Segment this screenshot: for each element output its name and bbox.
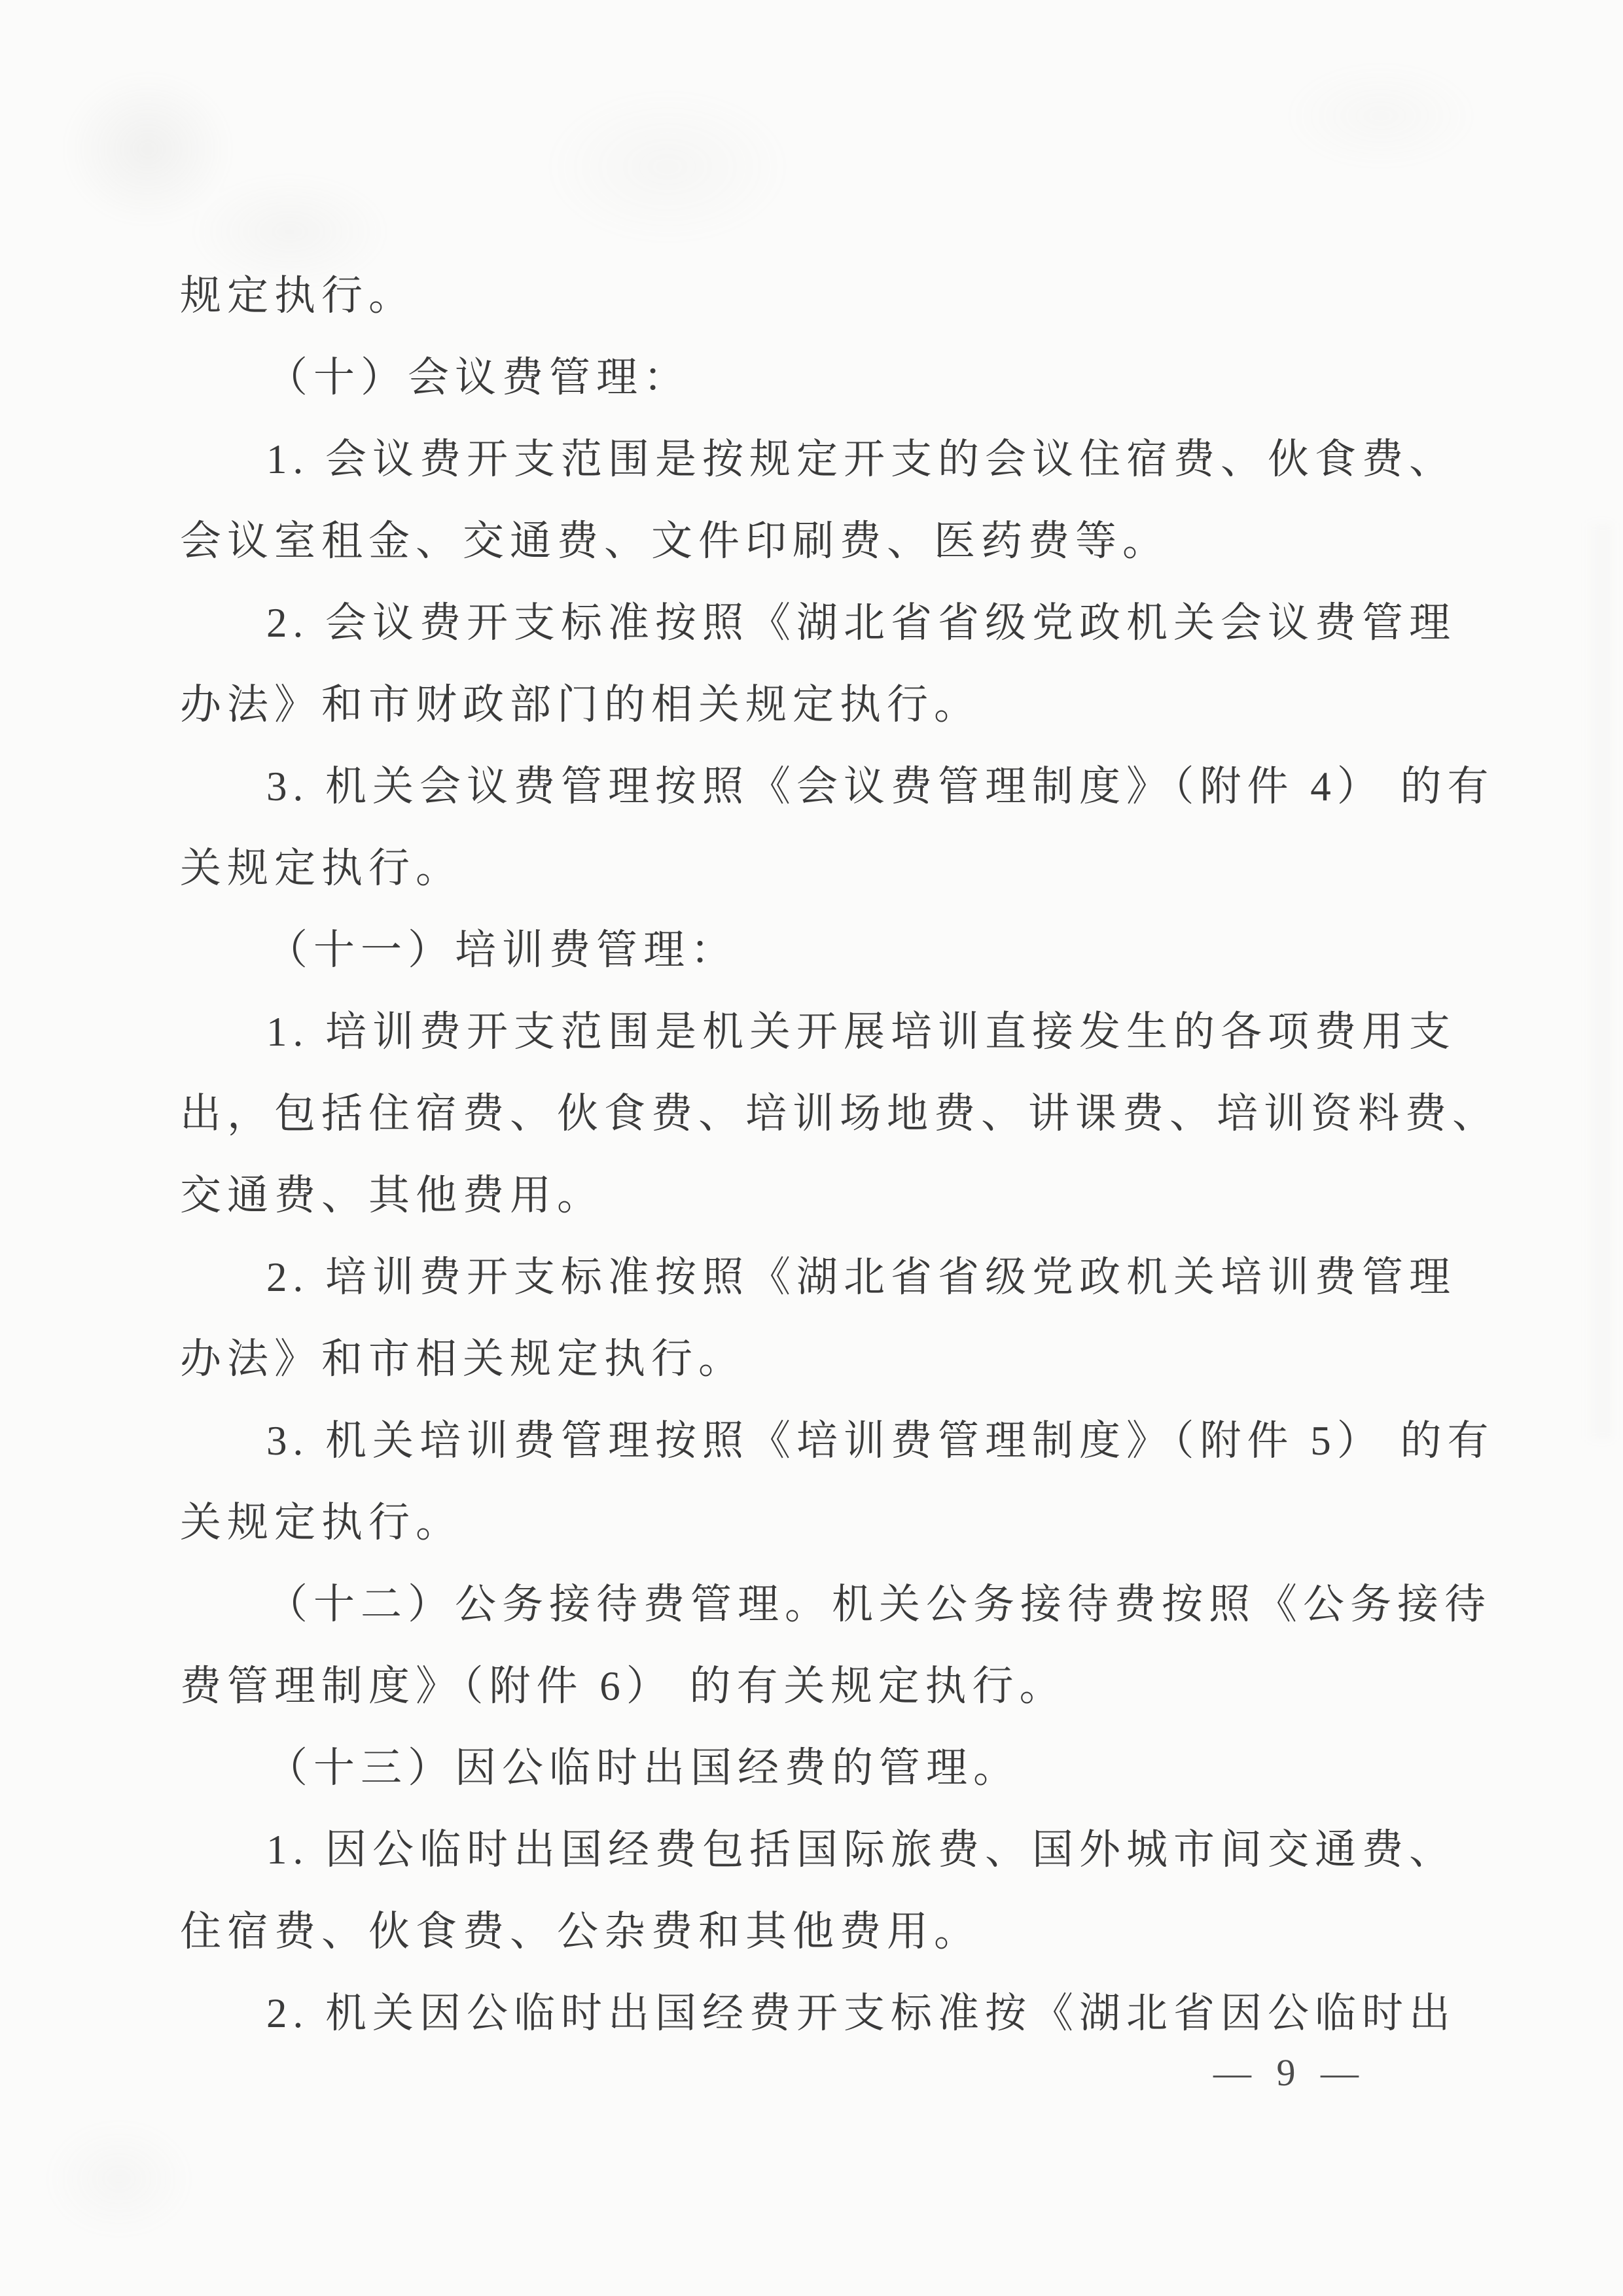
document-line: （十三）因公临时出国经费的管理。 xyxy=(180,1727,1448,1809)
document-line: 2. 机关因公临时出国经费开支标准按《湖北省因公临时出 xyxy=(180,1973,1448,2055)
scan-smudge-artifact xyxy=(497,59,838,275)
document-line: 2. 培训费开支标准按照《湖北省省级党政机关培训费管理 xyxy=(180,1237,1448,1318)
scan-smudge-artifact xyxy=(13,2094,249,2264)
document-line: 1. 培训费开支范围是机关开展培训直接发生的各项费用支 xyxy=(180,991,1448,1073)
document-line: 1. 因公临时出国经费包括国际旅费、国外城市间交通费、 xyxy=(180,1809,1448,1891)
document-line: 关规定执行。 xyxy=(180,1482,1448,1564)
document-line: （十二）公务接待费管理。机关公务接待费按照《公务接待 xyxy=(180,1564,1448,1646)
document-line: 费管理制度》（附件 6） 的有关规定执行。 xyxy=(180,1646,1448,1727)
document-line: 出，包括住宿费、伙食费、培训场地费、讲课费、培训资料费、 xyxy=(180,1073,1448,1155)
document-body: 规定执行。（十）会议费管理：1. 会议费开支范围是按规定开支的会议住宿费、伙食费… xyxy=(180,255,1448,2055)
document-line: 2. 会议费开支标准按照《湖北省省级党政机关会议费管理 xyxy=(180,582,1448,664)
document-line: 住宿费、伙食费、公杂费和其他费用。 xyxy=(180,1891,1448,1973)
document-line: 交通费、其他费用。 xyxy=(180,1155,1448,1237)
page-number: — 9 — xyxy=(1213,2047,1366,2099)
document-line: 3. 机关会议费管理按照《会议费管理制度》（附件 4） 的有 xyxy=(180,746,1448,828)
document-line: 办法》和市相关规定执行。 xyxy=(180,1318,1448,1400)
document-line: 3. 机关培训费管理按照《培训费管理制度》（附件 5） 的有 xyxy=(180,1400,1448,1482)
document-line: 会议室租金、交通费、文件印刷费、医药费等。 xyxy=(180,501,1448,582)
document-line: 规定执行。 xyxy=(180,255,1448,337)
scan-smudge-artifact xyxy=(1243,39,1518,209)
scan-streak-artifact xyxy=(1584,523,1616,1439)
document-line: 关规定执行。 xyxy=(180,828,1448,910)
document-line: （十一）培训费管理： xyxy=(180,910,1448,991)
scanned-document-page: 规定执行。（十）会议费管理：1. 会议费开支范围是按规定开支的会议住宿费、伙食费… xyxy=(0,0,1623,2296)
document-line: 办法》和市财政部门的相关规定执行。 xyxy=(180,664,1448,746)
document-line: （十）会议费管理： xyxy=(180,337,1448,419)
document-line: 1. 会议费开支范围是按规定开支的会议住宿费、伙食费、 xyxy=(180,419,1448,501)
